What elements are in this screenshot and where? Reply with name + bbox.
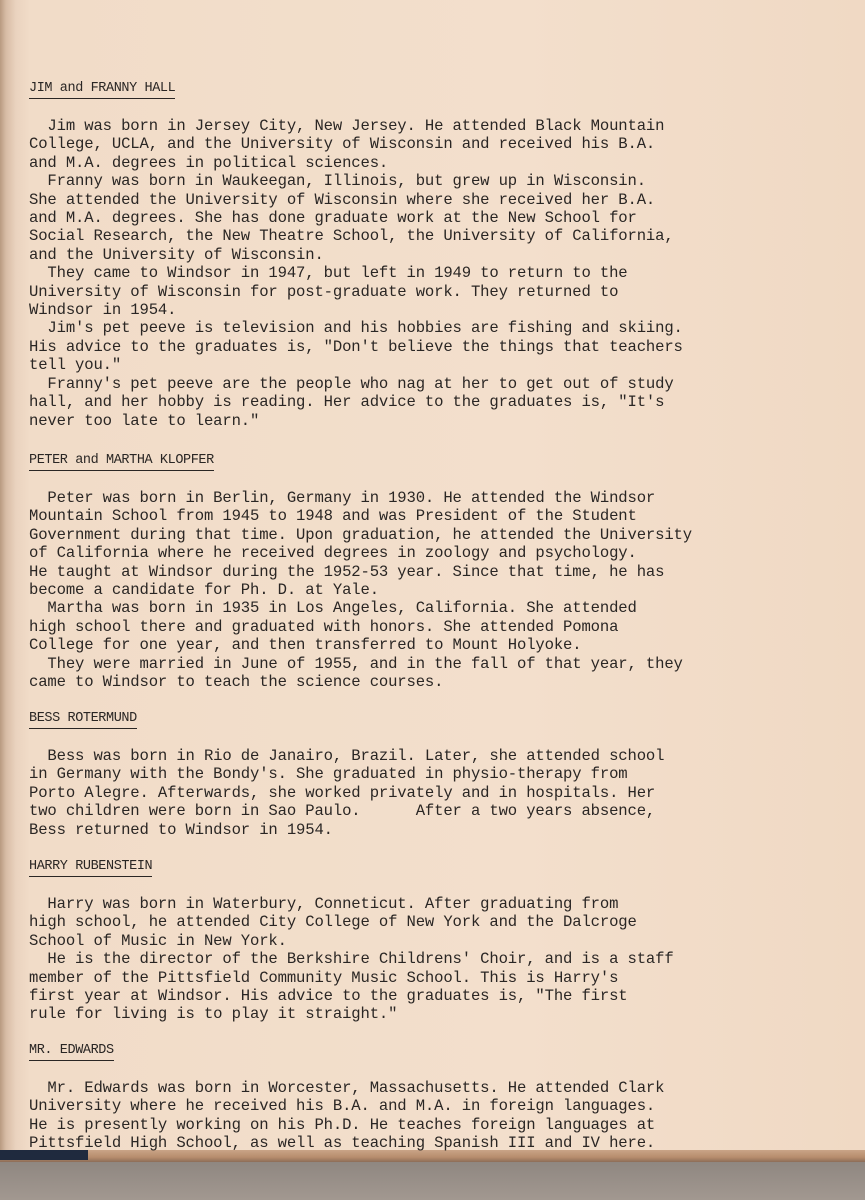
text-line: Jim's pet peeve is television and his ho… (29, 319, 829, 337)
text-line: and M.A. degrees in political sciences. (29, 154, 829, 172)
text-line: College, UCLA, and the University of Wis… (29, 135, 829, 153)
text-line: high school there and graduated with hon… (29, 618, 829, 636)
text-line: two children were born in Sao Paulo. Aft… (29, 802, 829, 820)
text-line: hall, and her hobby is reading. Her advi… (29, 393, 829, 411)
table-surface (0, 1162, 865, 1200)
text-line: School of Music in New York. (29, 932, 829, 950)
text-line: tell you." (29, 356, 829, 374)
text-line: member of the Pittsfield Community Music… (29, 969, 829, 987)
text-line: He is presently working on his Ph.D. He … (29, 1116, 829, 1134)
section-heading: HARRY RUBENSTEIN (29, 858, 152, 877)
text-line: came to Windsor to teach the science cou… (29, 673, 829, 691)
text-line: They came to Windsor in 1947, but left i… (29, 264, 829, 282)
text-line: high school, he attended City College of… (29, 913, 829, 931)
section-peter-martha-klopfer: PETER and MARTHA KLOPFER Peter was born … (29, 450, 829, 708)
text-line: Pittsfield High School, as well as teach… (29, 1134, 829, 1152)
text-line: first year at Windsor. His advice to the… (29, 987, 829, 1005)
text-line: Peter was born in Berlin, Germany in 193… (29, 489, 829, 507)
section-bess-rotermund: BESS ROTERMUND Bess was born in Rio de J… (29, 708, 829, 856)
section-body: Peter was born in Berlin, Germany in 193… (29, 489, 829, 691)
text-line: never too late to learn." (29, 412, 829, 430)
text-line: She attended the University of Wisconsin… (29, 191, 829, 209)
text-line: rule for living is to play it straight." (29, 1005, 829, 1023)
text-line: They were married in June of 1955, and i… (29, 655, 829, 673)
section-heading: MR. EDWARDS (29, 1042, 114, 1061)
text-line: Bess was born in Rio de Janairo, Brazil.… (29, 747, 829, 765)
text-line: become a candidate for Ph. D. at Yale. (29, 581, 829, 599)
text-line: Franny's pet peeve are the people who na… (29, 375, 829, 393)
text-line: Porto Alegre. Afterwards, she worked pri… (29, 784, 829, 802)
text-line: Windsor in 1954. (29, 301, 829, 319)
text-line: Social Research, the New Theatre School,… (29, 227, 829, 245)
text-line: University where he received his B.A. an… (29, 1097, 829, 1115)
section-heading: JIM and FRANNY HALL (29, 80, 175, 99)
text-line: Mountain School from 1945 to 1948 and wa… (29, 507, 829, 525)
text-line: He is the director of the Berkshire Chil… (29, 950, 829, 968)
section-body: Jim was born in Jersey City, New Jersey.… (29, 117, 829, 430)
text-line: Bess returned to Windsor in 1954. (29, 821, 829, 839)
text-line: Franny was born in Waukeegan, Illinois, … (29, 172, 829, 190)
text-line: Mr. Edwards was born in Worcester, Massa… (29, 1079, 829, 1097)
text-line: University of Wisconsin for post-graduat… (29, 283, 829, 301)
section-heading: BESS ROTERMUND (29, 710, 137, 729)
text-line: and the University of Wisconsin. (29, 246, 829, 264)
section-mr-edwards: MR. EDWARDS Mr. Edwards was born in Worc… (29, 1040, 829, 1153)
faculty-biographies: JIM and FRANNY HALL Jim was born in Jers… (29, 78, 829, 1153)
section-heading: PETER and MARTHA KLOPFER (29, 452, 214, 471)
section-body: Harry was born in Waterbury, Conneticut.… (29, 895, 829, 1024)
text-line: He taught at Windsor during the 1952-53 … (29, 563, 829, 581)
text-line: in Germany with the Bondy's. She graduat… (29, 765, 829, 783)
section-body: Mr. Edwards was born in Worcester, Massa… (29, 1079, 829, 1153)
section-jim-franny-hall: JIM and FRANNY HALL Jim was born in Jers… (29, 78, 829, 450)
text-line: of California where he received degrees … (29, 544, 829, 562)
section-body: Bess was born in Rio de Janairo, Brazil.… (29, 747, 829, 839)
section-harry-rubenstein: HARRY RUBENSTEIN Harry was born in Water… (29, 856, 829, 1040)
text-line: Martha was born in 1935 in Los Angeles, … (29, 599, 829, 617)
text-line: and M.A. degrees. She has done graduate … (29, 209, 829, 227)
text-line: College for one year, and then transferr… (29, 636, 829, 654)
text-line: Jim was born in Jersey City, New Jersey.… (29, 117, 829, 135)
text-line: Government during that time. Upon gradua… (29, 526, 829, 544)
text-line: Harry was born in Waterbury, Conneticut.… (29, 895, 829, 913)
text-line: His advice to the graduates is, "Don't b… (29, 338, 829, 356)
